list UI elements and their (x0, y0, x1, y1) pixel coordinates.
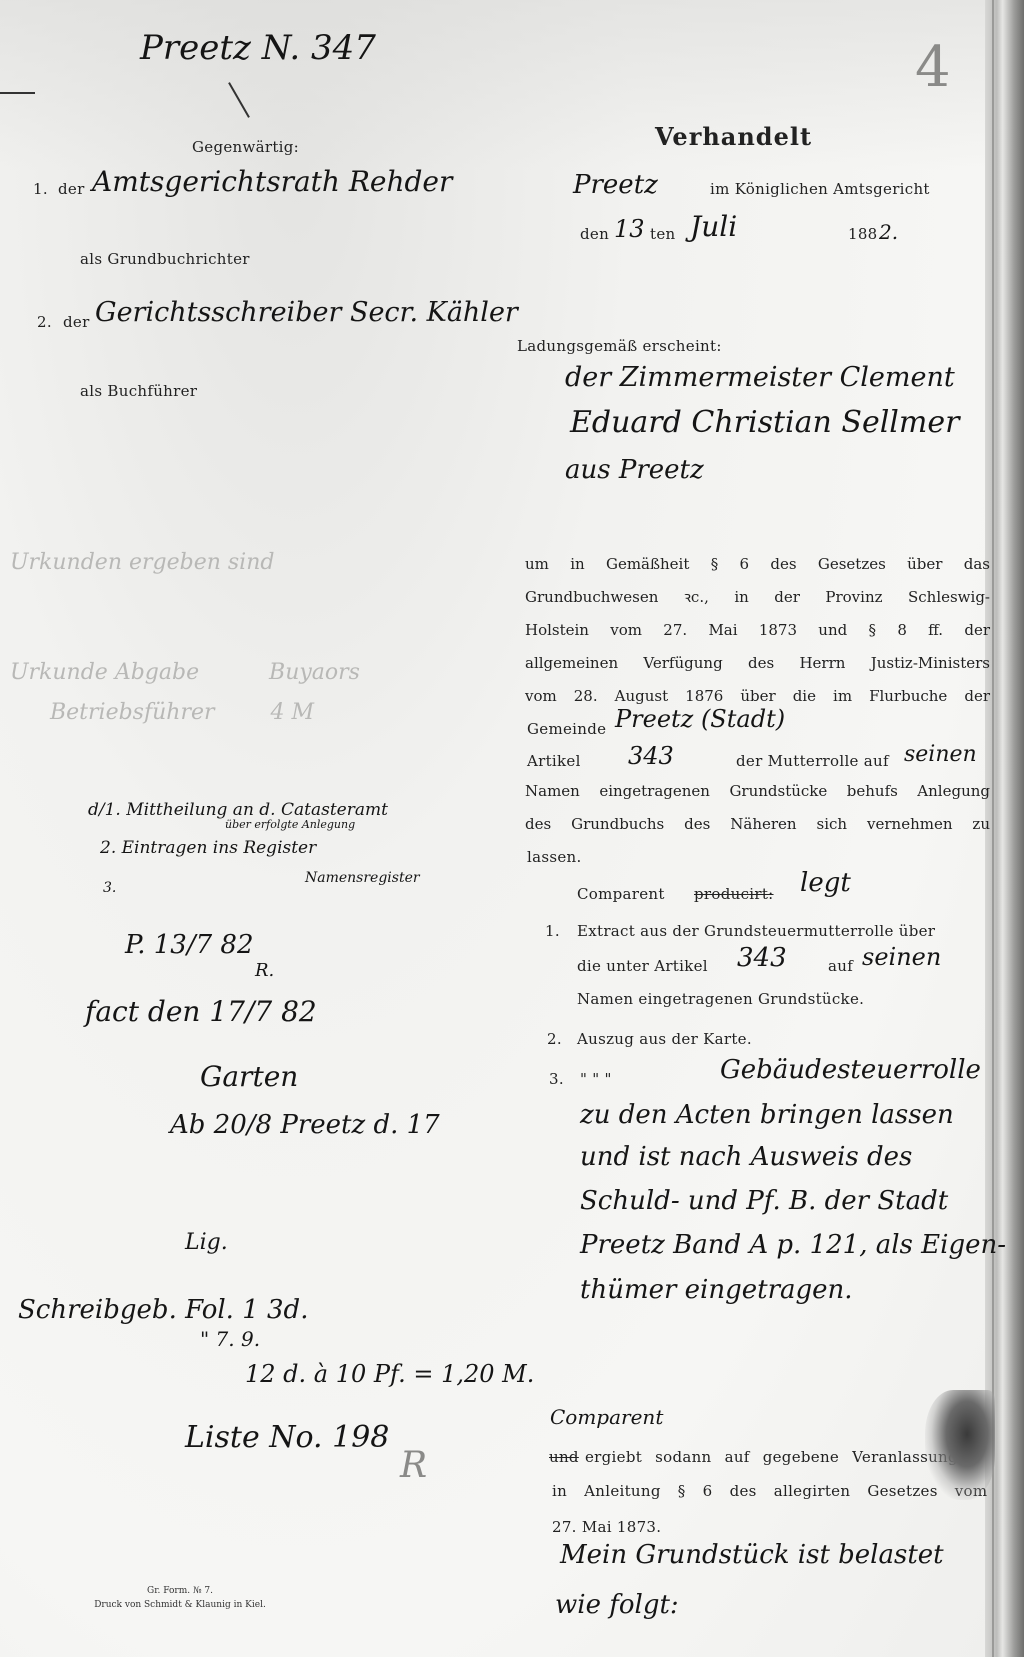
margin-note: Ab 20/8 Preetz d. 17 (170, 1110, 440, 1140)
item-1-last: Namen eingetragenen Grundstücke. (577, 990, 864, 1008)
item-3-hand-line: Gebäudesteuerrolle (720, 1055, 981, 1085)
place-handwritten: Preetz (573, 170, 658, 200)
appears-label: Ladungsgemäß erscheint: (517, 337, 722, 355)
margin-note: fact den 17/7 82 (85, 995, 317, 1028)
closing-handwritten: Mein Grundstück ist belastet (560, 1540, 944, 1570)
margin-note: 12 d. à 10 Pf. = 1,20 M. (245, 1360, 534, 1388)
present-label: Gegenwärtig: (192, 138, 299, 156)
item-3-hand-line: und ist nach Ausweis des (580, 1142, 912, 1172)
appearer-line: Eduard Christian Sellmer (570, 405, 959, 440)
item-1-line: die unter Artikel (577, 957, 708, 975)
margin-note: Liste No. 198 (185, 1420, 389, 1455)
margin-note: P. 13/7 82 (125, 930, 254, 960)
attendee-1-num: 1. (33, 180, 48, 198)
bleed-through-text: Urkunde Abgabe Buyaors (10, 660, 360, 685)
bleed-through-text: Urkunden ergeben sind (10, 550, 274, 575)
date-day-suffix: ten (650, 225, 675, 243)
form-number: Gr. Form. № 7. (30, 1586, 330, 1596)
mutterrolle-text: der Mutterrolle auf (736, 752, 889, 770)
attendee-2-role: als Buchführer (80, 382, 197, 400)
body-line: allgemeinen Verfügung des Herrn Justiz-M… (525, 647, 990, 680)
date-month: Juli (690, 210, 737, 243)
margin-note: 3. (103, 880, 116, 896)
date-day: 13 (614, 215, 645, 243)
case-number-handwritten: Preetz N. 347 (140, 28, 376, 68)
item-3-num: 3. (549, 1070, 564, 1088)
appearer-line: aus Preetz (565, 455, 704, 485)
item-3-ditto: " " " (580, 1070, 612, 1088)
margin-note: Garten (200, 1060, 298, 1093)
body-line: Namen eingetragenen Grundstücke behufs A… (525, 775, 990, 808)
item-2-text: Auszug aus der Karte. (577, 1030, 752, 1048)
left-dash-mark (0, 92, 35, 94)
comparent-label: Comparent (577, 885, 665, 903)
item-3-hand-line: Schuld- und Pf. B. der Stadt (580, 1186, 948, 1216)
closing-line: 27. Mai 1873. (552, 1518, 661, 1536)
gemeinde-handwritten: Preetz (Stadt) (615, 705, 785, 733)
printer-credit: Druck von Schmidt & Klaunig in Kiel. (30, 1600, 330, 1610)
item-3-hand-line: Preetz Band A p. 121, als Eigen- (580, 1230, 1006, 1260)
body-line: Holstein vom 27. Mai 1873 und § 8 ff. de… (525, 614, 990, 647)
place-suffix: im Königlichen Amtsgericht (710, 180, 930, 198)
appearer-line: der Zimmermeister Clement (565, 362, 955, 393)
producirt-struck: producirt: (694, 885, 774, 903)
item-3-hand-line: thümer eingetragen. (580, 1275, 853, 1305)
margin-note: über erfolgte Anlegung (225, 818, 355, 831)
body-line: des Grundbuchs des Näheren sich vernehme… (525, 808, 990, 841)
item-1-num: 1. (545, 922, 560, 940)
attendee-2-num: 2. (37, 313, 52, 331)
date-prefix: den (580, 225, 609, 243)
attendee-1-role: als Grundbuchrichter (80, 250, 250, 268)
body-line: lassen. (527, 848, 582, 866)
margin-note-pencil: R (400, 1445, 427, 1486)
attendee-1-article: der (58, 180, 85, 198)
item-1-line: Extract aus der Grundsteuermutterrolle ü… (577, 922, 935, 940)
legt-handwritten: legt (800, 868, 851, 898)
attendee-1-name: Amtsgerichtsrath Rehder (92, 165, 452, 198)
item-2-num: 2. (547, 1030, 562, 1048)
margin-note: d/1. Mittheilung an d. Catasteramt (88, 800, 388, 820)
closing-line: in Anleitung § 6 des allegirten Gesetzes… (552, 1482, 987, 1500)
attendee-2-article: der (63, 313, 90, 331)
artikel-number: 343 (628, 742, 674, 770)
margin-note: 2. Eintragen ins Register (100, 838, 316, 858)
ink-stain (925, 1390, 995, 1500)
body-line: Grundbuchwesen ꝛc., in der Provinz Schle… (525, 581, 990, 614)
page-number-pencil: 4 (915, 35, 951, 100)
closing-handwritten: wie folgt: (555, 1590, 679, 1620)
comparent-handwritten: Comparent (550, 1405, 663, 1429)
item-1-hand: seinen (862, 943, 941, 971)
margin-note: Namensregister (305, 870, 420, 886)
closing-line: ergiebt sodann auf gegebene Veranlassung (585, 1448, 958, 1466)
margin-note: " 7. 9. (200, 1327, 260, 1351)
attendee-2-name: Gerichtsschreiber Secr. Kähler (95, 297, 518, 328)
item-3-hand-line: zu den Acten bringen lassen (580, 1100, 954, 1130)
seinen-handwritten: seinen (904, 742, 977, 767)
date-year-hand: 2. (879, 220, 898, 244)
item-1-tail: auf (828, 957, 853, 975)
artikel-label: Artikel (527, 752, 581, 770)
document-title: Verhandelt (655, 122, 812, 151)
margin-note: Lig. (185, 1230, 228, 1255)
margin-note: R. (255, 960, 274, 981)
gemeinde-label: Gemeinde (527, 720, 606, 738)
body-line: um in Gemäßheit § 6 des Gesetzes über da… (525, 548, 990, 581)
margin-note: Schreibgeb. Fol. 1 3d. (18, 1295, 308, 1325)
bleed-through-text: Betriebsführer 4 M (50, 700, 314, 725)
date-year: 188 (848, 225, 878, 243)
und-struck: und (549, 1448, 579, 1466)
item-1-artikel: 343 (737, 943, 787, 973)
